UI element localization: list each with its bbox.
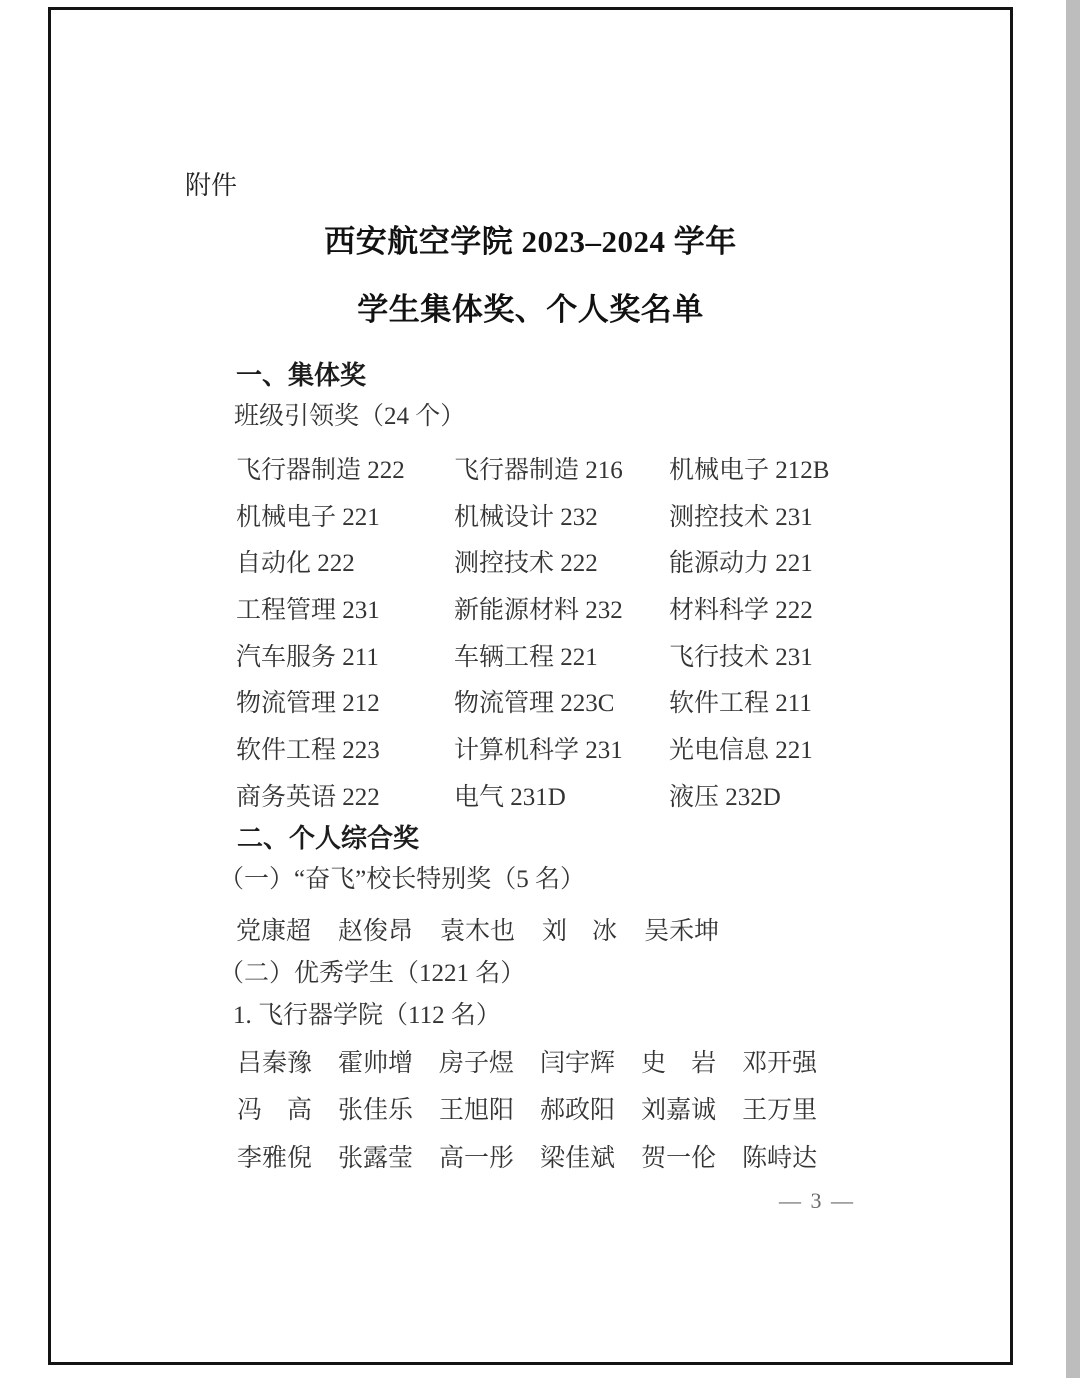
- award-cell: 液压 232D: [669, 785, 781, 810]
- award-table-row: 机械电子 221 机械设计 232 测控技术 231: [236, 505, 996, 531]
- student-name: 李雅倪: [237, 1146, 312, 1171]
- page-number: — 3 —: [779, 1190, 855, 1212]
- award-table-row: 自动化 222 测控技术 222 能源动力 221: [236, 551, 996, 577]
- student-name-row: 李雅倪 张露莹 高一彤 梁佳斌 贺一伦 陈峙达: [237, 1146, 817, 1171]
- award-table-row: 物流管理 212 物流管理 223C 软件工程 211: [236, 691, 996, 717]
- award-table-row: 工程管理 231 新能源材料 232 材料科学 222: [236, 598, 996, 624]
- award-cell: 物流管理 223C: [454, 691, 614, 716]
- student-name: 刘 冰: [542, 919, 617, 944]
- viewer-background-strip: [1066, 0, 1080, 1378]
- special-award-name-row: 党康超 赵俊昂 袁木也 刘 冰 吴禾坤: [236, 919, 719, 944]
- section-individual-awards-heading: 二、个人综合奖: [237, 825, 419, 851]
- student-name: 刘嘉诚: [641, 1098, 716, 1123]
- special-award-heading: （一）“奋飞”校长特别奖（5 名）: [219, 867, 585, 892]
- award-cell: 飞行技术 231: [669, 645, 813, 670]
- award-cell: 测控技术 222: [454, 551, 598, 576]
- award-cell: 测控技术 231: [669, 505, 813, 530]
- award-cell: 计算机科学 231: [454, 738, 623, 763]
- student-name: 邓开强: [742, 1051, 817, 1076]
- award-cell: 软件工程 223: [236, 738, 380, 763]
- student-name: 吕秦豫: [237, 1051, 312, 1076]
- student-name: 冯 高: [237, 1098, 312, 1123]
- award-cell: 飞行器制造 216: [454, 458, 623, 483]
- attachment-label: 附件: [185, 172, 237, 198]
- student-name: 梁佳斌: [540, 1146, 615, 1171]
- award-cell: 软件工程 211: [669, 691, 812, 716]
- student-name: 党康超: [236, 919, 311, 944]
- award-table-row: 飞行器制造 222 飞行器制造 216 机械电子 212B: [236, 458, 996, 484]
- student-name: 赵俊昂: [338, 919, 413, 944]
- award-table-row: 汽车服务 211 车辆工程 221 飞行技术 231: [236, 645, 996, 671]
- class-leading-award-subheading: 班级引领奖（24 个）: [234, 404, 465, 429]
- student-name: 王旭阳: [439, 1098, 514, 1123]
- award-cell: 材料科学 222: [669, 598, 813, 623]
- student-name: 吴禾坤: [644, 919, 719, 944]
- award-cell: 电气 231D: [454, 785, 566, 810]
- document-title-line2: 学生集体奖、个人奖名单: [51, 294, 1010, 325]
- student-name: 闫宇辉: [540, 1051, 615, 1076]
- award-table-row: 商务英语 222 电气 231D 液压 232D: [236, 785, 996, 811]
- student-name: 王万里: [742, 1098, 817, 1123]
- student-name: 霍帅增: [338, 1051, 413, 1076]
- award-cell: 新能源材料 232: [454, 598, 623, 623]
- student-name: 郝政阳: [540, 1098, 615, 1123]
- award-cell: 工程管理 231: [236, 598, 380, 623]
- award-cell: 商务英语 222: [236, 785, 380, 810]
- student-name: 贺一伦: [641, 1146, 716, 1171]
- student-name: 史 岩: [641, 1051, 716, 1076]
- student-name: 张佳乐: [338, 1098, 413, 1123]
- award-cell: 能源动力 221: [669, 551, 813, 576]
- award-cell: 汽车服务 211: [236, 645, 379, 670]
- student-name: 高一彤: [439, 1146, 514, 1171]
- award-cell: 车辆工程 221: [454, 645, 598, 670]
- student-name: 陈峙达: [742, 1146, 817, 1171]
- award-cell: 机械电子 212B: [669, 458, 829, 483]
- page-border: 附件 西安航空学院 2023–2024 学年 学生集体奖、个人奖名单 一、集体奖…: [48, 7, 1013, 1365]
- award-cell: 机械设计 232: [454, 505, 598, 530]
- excellent-student-heading: （二）优秀学生（1221 名）: [219, 961, 525, 986]
- college-1-heading: 1. 飞行器学院（112 名）: [233, 1003, 501, 1028]
- student-name: 张露莹: [338, 1146, 413, 1171]
- award-cell: 机械电子 221: [236, 505, 380, 530]
- section-collective-awards-heading: 一、集体奖: [236, 362, 366, 388]
- award-cell: 自动化 222: [236, 551, 355, 576]
- student-name: 袁木也: [440, 919, 515, 944]
- student-name-row: 冯 高 张佳乐 王旭阳 郝政阳 刘嘉诚 王万里: [237, 1098, 817, 1123]
- student-name: 房子煜: [439, 1051, 514, 1076]
- award-cell: 物流管理 212: [236, 691, 380, 716]
- award-cell: 光电信息 221: [669, 738, 813, 763]
- student-name-row: 吕秦豫 霍帅增 房子煜 闫宇辉 史 岩 邓开强: [237, 1051, 817, 1076]
- award-cell: 飞行器制造 222: [236, 458, 405, 483]
- award-table-row: 软件工程 223 计算机科学 231 光电信息 221: [236, 738, 996, 764]
- document-title-line1: 西安航空学院 2023–2024 学年: [51, 226, 1010, 257]
